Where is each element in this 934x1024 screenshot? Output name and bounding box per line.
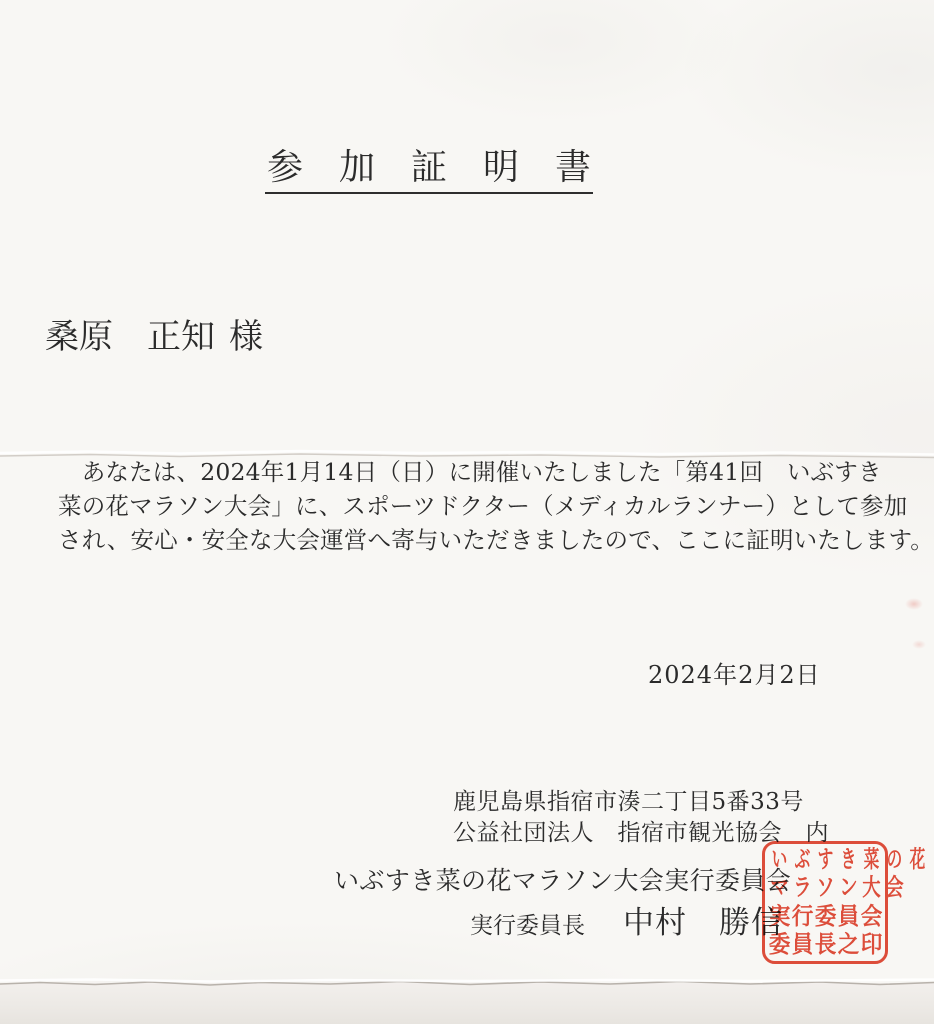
body-paragraph: あなたは、2024年1月14日（日）に開催いたしました「第41回 いぶすき 菜の… — [58, 455, 882, 557]
recipient-line: 桑原 正知様 — [45, 309, 263, 358]
recipient-honorific: 様 — [229, 317, 263, 357]
paper-smudge — [905, 598, 923, 610]
seal-text-row: 実行委員会 — [768, 903, 882, 930]
signer-name: 中村 勝信 — [623, 897, 783, 942]
paper-smudge — [912, 640, 926, 649]
body-line: あなたは、2024年1月14日（日）に開催いたしました「第41回 いぶすき — [58, 455, 882, 489]
seal-text-row: マラソン大会 — [768, 875, 882, 902]
certificate-page: 参 加 証 明 書 桑原 正知様 あなたは、2024年1月14日（日）に開催いた… — [0, 0, 934, 1024]
fold-crease-bottom — [0, 972, 934, 992]
certificate-title: 参 加 証 明 書 — [265, 147, 593, 194]
seal-text-row: 委員長之印 — [768, 932, 882, 959]
seal-text-row: いぶすき菜の花 — [768, 847, 882, 874]
recipient-name: 桑原 正知 — [45, 317, 215, 357]
issue-date: 2024年2月2日 — [648, 655, 821, 690]
issuer-organization: いぶすき菜の花マラソン大会実行委員会 — [334, 861, 791, 897]
official-seal: いぶすき菜の花 マラソン大会 実行委員会 委員長之印 — [762, 841, 888, 964]
signer-line: 実行委員長 中村 勝信 — [470, 897, 783, 942]
body-line: 菜の花マラソン大会」に、スポーツドクター（メディカルランナー）として参加 — [58, 489, 882, 523]
issuer-address-line1: 鹿児島県指宿市湊二丁目5番33号 — [453, 783, 804, 816]
body-line: され、安心・安全な大会運営へ寄与いただきましたので、ここに証明いたします。 — [58, 523, 882, 557]
signer-title: 実行委員長 — [470, 907, 585, 940]
